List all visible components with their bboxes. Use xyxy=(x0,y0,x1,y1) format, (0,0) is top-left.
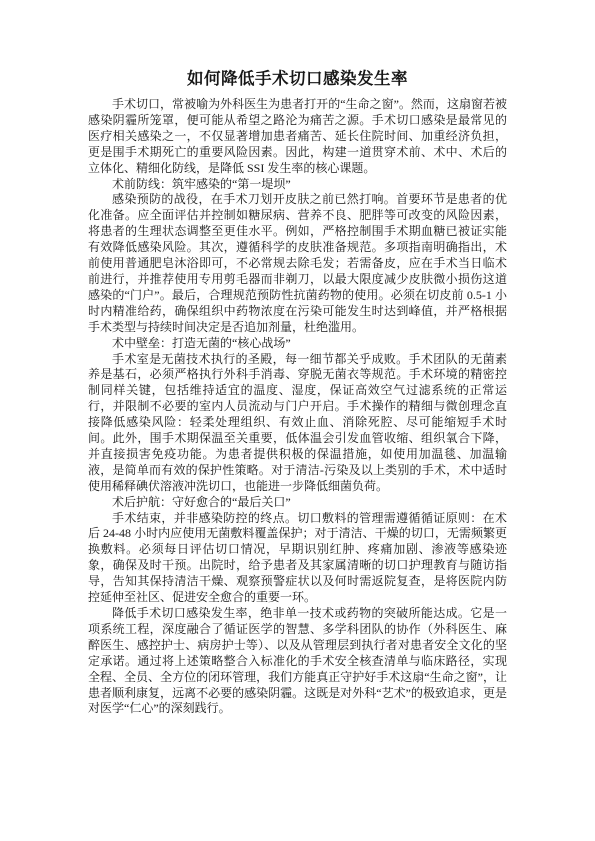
paragraph-intro: 手术切口，常被喻为外科医生为患者打开的“生命之窗”。然而，这扇窗若被感染阴霾所笼… xyxy=(88,97,507,177)
paragraph-conclusion: 降低手术切口感染发生率，绝非单一技术或药物的突破所能达成。它是一项系统工程，深度… xyxy=(88,606,507,717)
paragraph-preop: 感染预防的战役，在手术刀划开皮肤之前已然打响。首要环节是患者的优化准备。应全面评… xyxy=(88,192,507,335)
page-title: 如何降低手术切口感染发生率 xyxy=(88,68,507,90)
section-heading-postop: 术后护航：守好愈合的“最后关口” xyxy=(88,495,507,511)
document-content: 如何降低手术切口感染发生率 手术切口，常被喻为外科医生为患者打开的“生命之窗”。… xyxy=(88,68,507,717)
section-heading-preop: 术前防线：筑牢感染的“第一堤坝” xyxy=(88,177,507,193)
paragraph-postop: 手术结束，并非感染防控的终点。切口敷料的管理需遵循循证原则：在术后 24-48 … xyxy=(88,511,507,606)
section-heading-intraop: 术中壁垒：打造无菌的“核心战场” xyxy=(88,336,507,352)
paragraph-intraop: 手术室是无菌技术执行的圣殿，每一细节都关乎成败。手术团队的无菌素养是基石，必须严… xyxy=(88,352,507,495)
document-page: 如何降低手术切口感染发生率 手术切口，常被喻为外科医生为患者打开的“生命之窗”。… xyxy=(0,0,595,841)
